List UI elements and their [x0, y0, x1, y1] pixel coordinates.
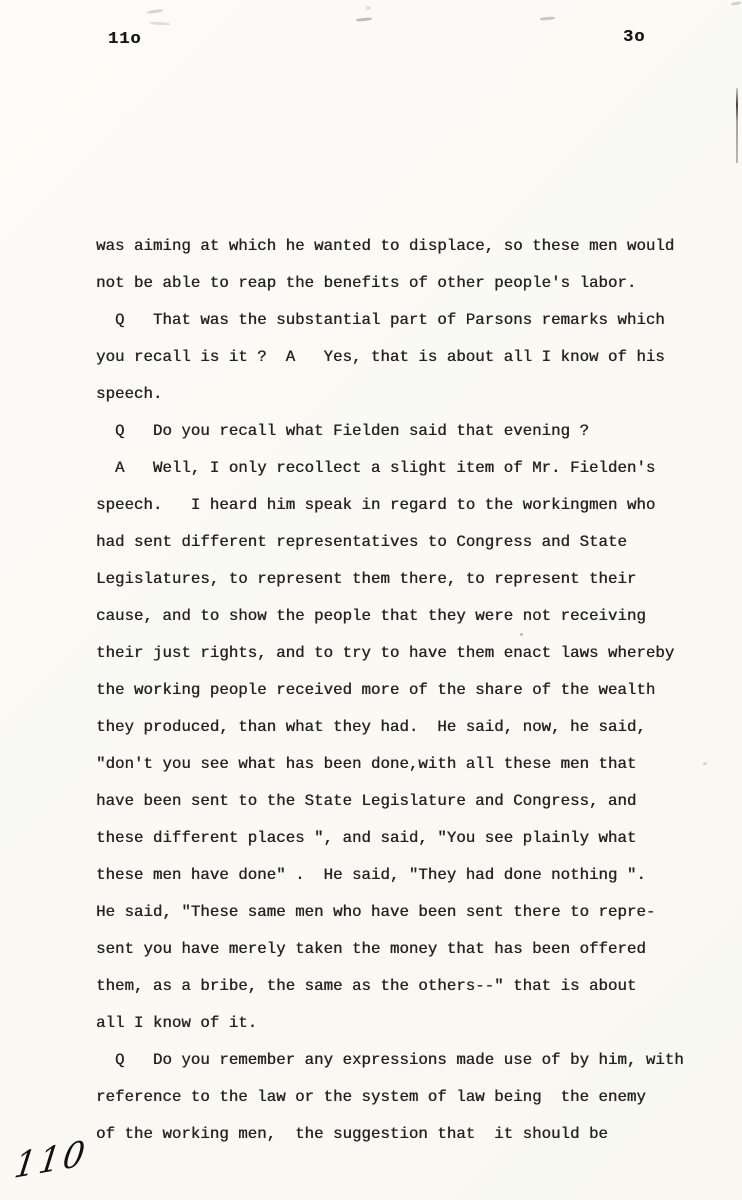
handwritten-page-number: 110 [12, 1133, 91, 1187]
transcript-line: not be able to reap the benefits of othe… [96, 265, 716, 302]
transcript-line: the working people received more of the … [96, 672, 716, 709]
transcript-line: all I know of it. [96, 1005, 716, 1042]
page-edge-mark [736, 88, 738, 163]
page-number-top-right: 3o [623, 28, 645, 47]
ink-smudge [356, 17, 372, 22]
transcript-line: these men have done" . He said, "They ha… [96, 857, 716, 894]
page-number-top-left: 11o [108, 30, 142, 49]
ink-smudge [366, 6, 371, 10]
transcript-text: was aiming at which he wanted to displac… [96, 228, 716, 1153]
transcript-line: have been sent to the State Legislature … [96, 783, 716, 820]
transcript-line: had sent different representatives to Co… [96, 524, 716, 561]
transcript-line: reference to the law or the system of la… [96, 1079, 716, 1116]
scanned-transcript-page: 11o 3o was aiming at which he wanted to … [0, 0, 742, 1200]
transcript-line: them, as a bribe, the same as the others… [96, 968, 716, 1005]
transcript-line: Q Do you recall what Fielden said that e… [96, 413, 716, 450]
transcript-line: Q Do you remember any expressions made u… [96, 1042, 716, 1079]
transcript-line: Q That was the substantial part of Parso… [96, 302, 716, 339]
ink-smudge [150, 21, 170, 25]
transcript-line: He said, "These same men who have been s… [96, 894, 716, 931]
transcript-line: sent you have merely taken the money tha… [96, 931, 716, 968]
transcript-line: was aiming at which he wanted to displac… [96, 228, 716, 265]
transcript-line: their just rights, and to try to have th… [96, 635, 716, 672]
transcript-line: of the working men, the suggestion that … [96, 1116, 716, 1153]
transcript-line: these different places ", and said, "You… [96, 820, 716, 857]
transcript-line: they produced, than what they had. He sa… [96, 709, 716, 746]
transcript-line: "don't you see what has been done,with a… [96, 746, 716, 783]
transcript-line: cause, and to show the people that they … [96, 598, 716, 635]
ink-smudge [147, 9, 163, 14]
transcript-line: speech. [96, 376, 716, 413]
transcript-line: speech. I heard him speak in regard to t… [96, 487, 716, 524]
ink-smudge [731, 1, 741, 6]
transcript-line: you recall is it ? A Yes, that is about … [96, 339, 716, 376]
transcript-line: A Well, I only recollect a slight item o… [96, 450, 716, 487]
transcript-line: Legislatures, to represent them there, t… [96, 561, 716, 598]
ink-smudge [540, 16, 555, 20]
